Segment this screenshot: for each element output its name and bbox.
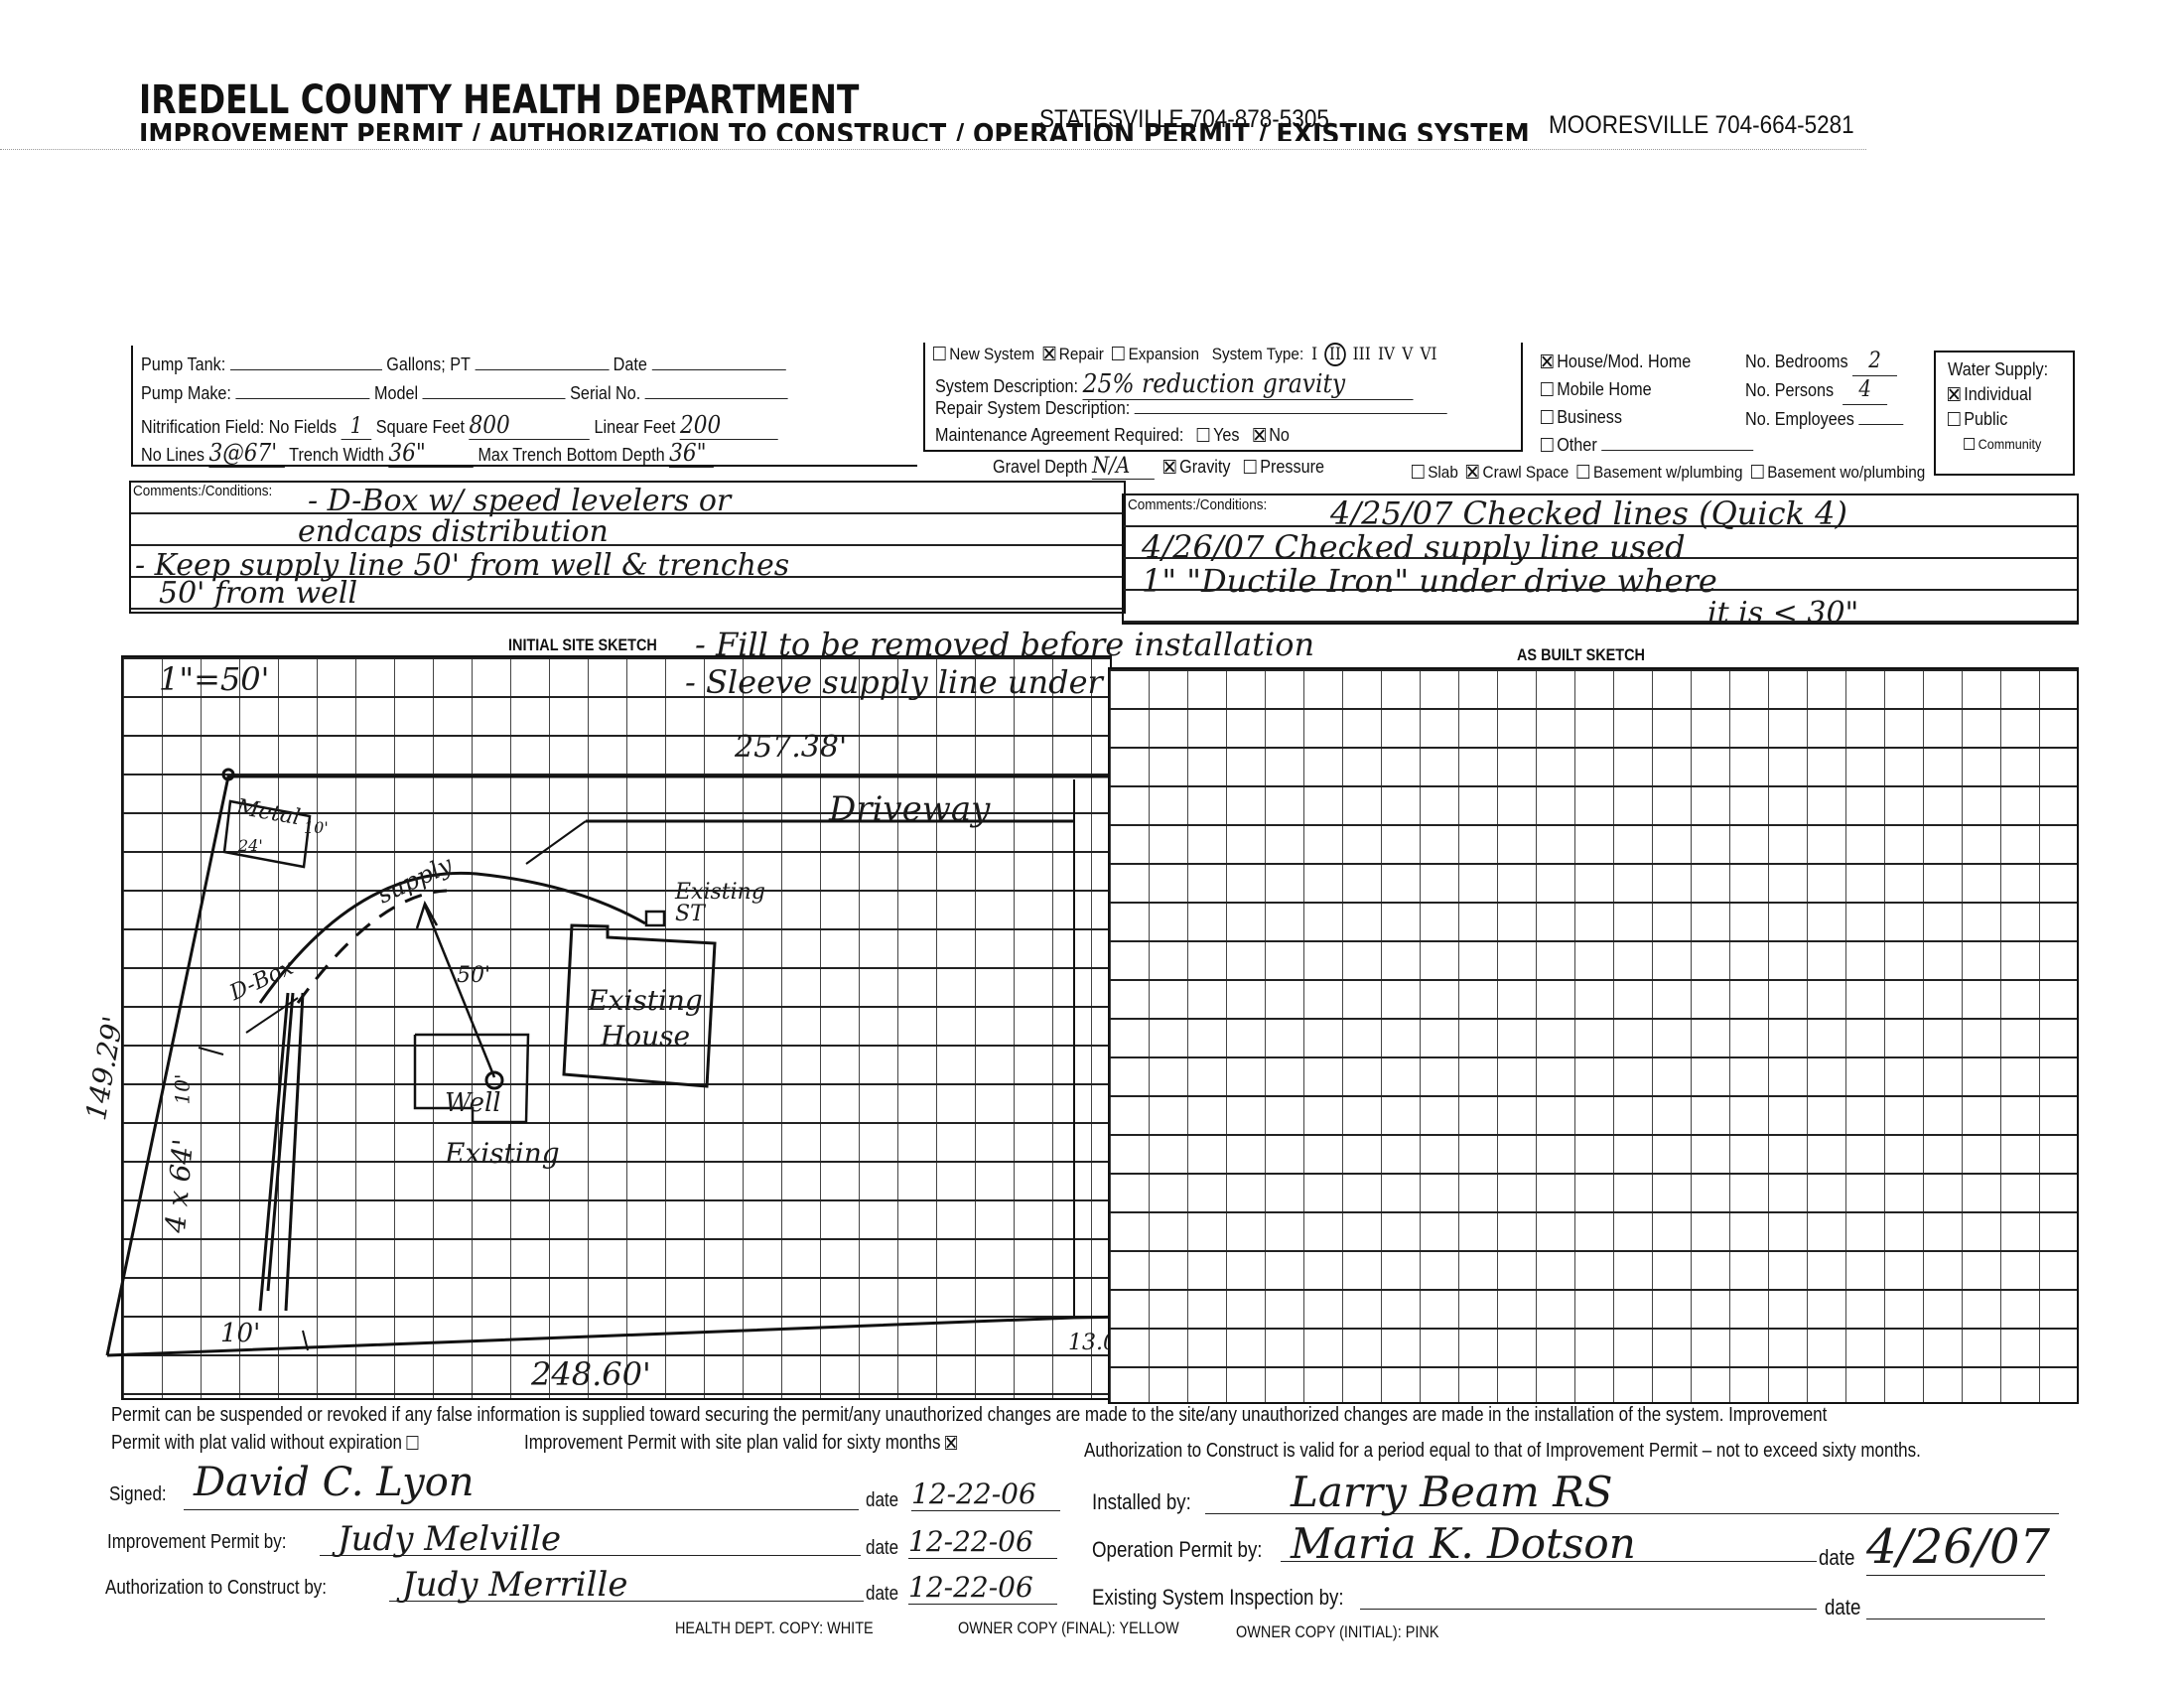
existing-inspection-label: Existing System Inspection by:: [1092, 1585, 1344, 1611]
site-plan-option[interactable]: Improvement Permit with site plan valid …: [524, 1432, 961, 1455]
as-built-sketch-grid[interactable]: [1108, 667, 2079, 1404]
signed-line[interactable]: [184, 1509, 859, 1510]
bottom-dimension: 248.60': [531, 1355, 651, 1393]
improvement-permit-label: Improvement Permit by:: [107, 1531, 286, 1554]
operation-date[interactable]: 4/26/07: [1866, 1519, 2045, 1576]
operation-permit-signature: Maria K. Dotson: [1291, 1519, 1636, 1568]
existing-septic-label: Existing ST: [675, 882, 764, 925]
operation-date-label: date: [1819, 1545, 1854, 1571]
signed-date-label: date: [866, 1489, 898, 1512]
atc-label: Authorization to Construct by:: [105, 1577, 327, 1600]
bottom-setback: 10': [220, 1319, 260, 1348]
driveway-label: Driveway: [829, 789, 990, 829]
existing-date-label: date: [1825, 1595, 1860, 1620]
top-dimension: 257.38': [735, 730, 847, 765]
existing-date-line[interactable]: [1866, 1619, 2045, 1619]
plat-permit-option[interactable]: Permit with plat valid without expiratio…: [111, 1432, 422, 1455]
metal-length: 24': [238, 836, 263, 855]
setback-50-label: 50': [457, 963, 490, 988]
signed-date[interactable]: 12-22-06: [911, 1478, 1060, 1511]
as-built-title: AS BUILT SKETCH: [1517, 645, 1645, 665]
atc-note: Authorization to Construct is valid for …: [1084, 1440, 1921, 1463]
improvement-permit-signature: Judy Melville: [338, 1519, 561, 1559]
signed-label: Signed:: [109, 1483, 167, 1506]
metal-width: 10': [304, 818, 329, 837]
atc-signature: Judy Merrille: [402, 1565, 628, 1605]
improvement-date[interactable]: 12-22-06: [908, 1525, 1057, 1559]
operation-permit-label: Operation Permit by:: [1092, 1537, 1262, 1563]
atc-date[interactable]: 12-22-06: [908, 1571, 1057, 1605]
health-dept-copy: HEALTH DEPT. COPY: WHITE: [675, 1619, 874, 1638]
owner-copy-final: OWNER COPY (FINAL): YELLOW: [958, 1619, 1179, 1638]
installed-by-label: Installed by:: [1092, 1489, 1191, 1515]
existing-well-label: Existing: [445, 1137, 560, 1170]
signed-signature: David C. Lyon: [194, 1460, 475, 1505]
site-plan-label: Improvement Permit with site plan valid …: [524, 1432, 940, 1454]
plat-permit-label: Permit with plat valid without expiratio…: [111, 1432, 402, 1454]
legal-statement: Permit can be suspended or revoked if an…: [111, 1404, 1827, 1427]
existing-inspection-line[interactable]: [1360, 1609, 1817, 1610]
left-setback: 10': [170, 1074, 194, 1105]
installed-by-signature: Larry Beam RS: [1291, 1468, 1613, 1516]
owner-copy-initial: OWNER COPY (INITIAL): PINK: [1236, 1622, 1438, 1642]
atc-date-label: date: [866, 1583, 898, 1606]
well-label: Well: [445, 1088, 501, 1118]
improvement-date-label: date: [866, 1537, 898, 1560]
existing-house-label: Existing House: [586, 983, 705, 1055]
